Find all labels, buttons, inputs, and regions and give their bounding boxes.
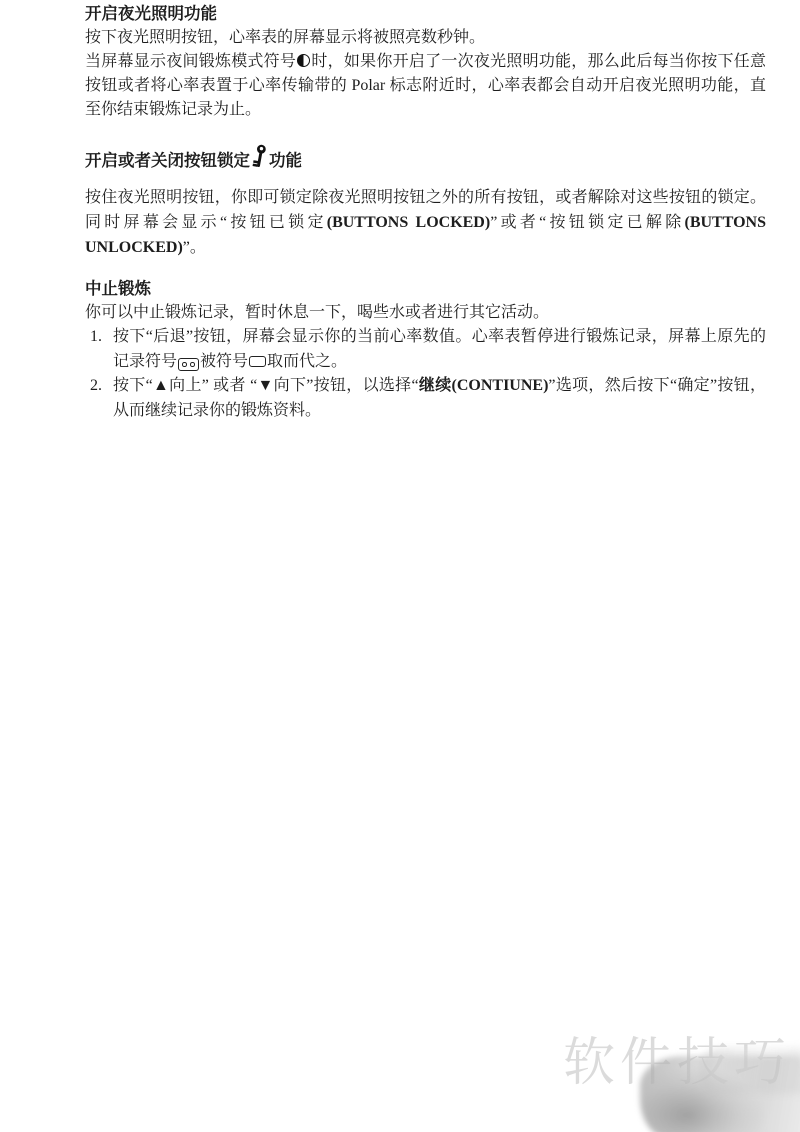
list-item-2: 2. 按下“▲向上” 或者 “▼向下”按钮，以选择“继续(CONTIUNE)”选…	[85, 374, 766, 423]
section-stop-exercise-heading: 中止锻炼	[85, 277, 766, 301]
button-lock-heading-after: 功能	[269, 151, 302, 170]
night-light-paragraph-2: 当屏幕显示夜间锻炼模式符号时，如果你开启了一次夜光照明功能，那么此后每当你按下任…	[85, 50, 766, 122]
night-mode-icon	[297, 54, 310, 67]
section-button-lock: 开启或者关闭按钮锁定功能 按住夜光照明按钮，你即可锁定除夜光照明按钮之外的所有按…	[85, 148, 766, 260]
list-item-1-body: 按下“后退”按钮，屏幕会显示你的当前心率数值。心率表暂停进行锻炼记录，屏幕上原先…	[113, 325, 766, 374]
document-page: 开启夜光照明功能 按下夜光照明按钮，心率表的屏幕显示将被照亮数秒钟。 当屏幕显示…	[0, 0, 800, 1132]
scan-smudge-dark	[640, 1056, 800, 1132]
button-lock-seg2: ”或者“按钮锁定已解除	[490, 214, 684, 231]
continue-option-text: 继续(CONTIUNE)	[419, 377, 549, 394]
stop-exercise-intro: 你可以中止锻炼记录，暂时休息一下，喝些水或者进行其它活动。	[85, 301, 766, 325]
item1-seg-after-pause-icon: 取而代之。	[267, 353, 347, 370]
section-button-lock-heading: 开启或者关闭按钮锁定功能	[85, 148, 766, 173]
stopped-symbol-icon	[249, 356, 266, 367]
record-symbol-icon	[178, 358, 199, 371]
buttons-locked-text: (BUTTONS LOCKED)	[327, 214, 490, 231]
list-item-2-number: 2.	[85, 374, 113, 423]
section-night-light-heading: 开启夜光照明功能	[85, 2, 766, 26]
item1-seg-between-icons: 被符号	[200, 353, 248, 370]
item2-seg1: 按下“▲向上” 或者 “▼向下”按钮，以选择“	[113, 377, 419, 394]
night-light-paragraph-2-before: 当屏幕显示夜间锻炼模式符号	[85, 53, 296, 70]
list-item-1-number: 1.	[85, 325, 113, 374]
page-content: 开启夜光照明功能 按下夜光照明按钮，心率表的屏幕显示将被照亮数秒钟。 当屏幕显示…	[85, 2, 766, 423]
night-light-paragraph-1: 按下夜光照明按钮，心率表的屏幕显示将被照亮数秒钟。	[85, 26, 766, 50]
key-icon	[252, 148, 267, 168]
button-lock-seg3: ”。	[183, 239, 206, 256]
section-stop-exercise: 中止锻炼 你可以中止锻炼记录，暂时休息一下，喝些水或者进行其它活动。 1. 按下…	[85, 277, 766, 423]
list-item-2-body: 按下“▲向上” 或者 “▼向下”按钮，以选择“继续(CONTIUNE)”选项，然…	[113, 374, 766, 423]
button-lock-heading-before: 开启或者关闭按钮锁定	[85, 151, 250, 170]
list-item-1: 1. 按下“后退”按钮，屏幕会显示你的当前心率数值。心率表暂停进行锻炼记录，屏幕…	[85, 325, 766, 374]
button-lock-paragraph: 按住夜光照明按钮，你即可锁定除夜光照明按钮之外的所有按钮，或者解除对这些按钮的锁…	[85, 185, 766, 260]
section-night-light: 开启夜光照明功能 按下夜光照明按钮，心率表的屏幕显示将被照亮数秒钟。 当屏幕显示…	[85, 2, 766, 122]
